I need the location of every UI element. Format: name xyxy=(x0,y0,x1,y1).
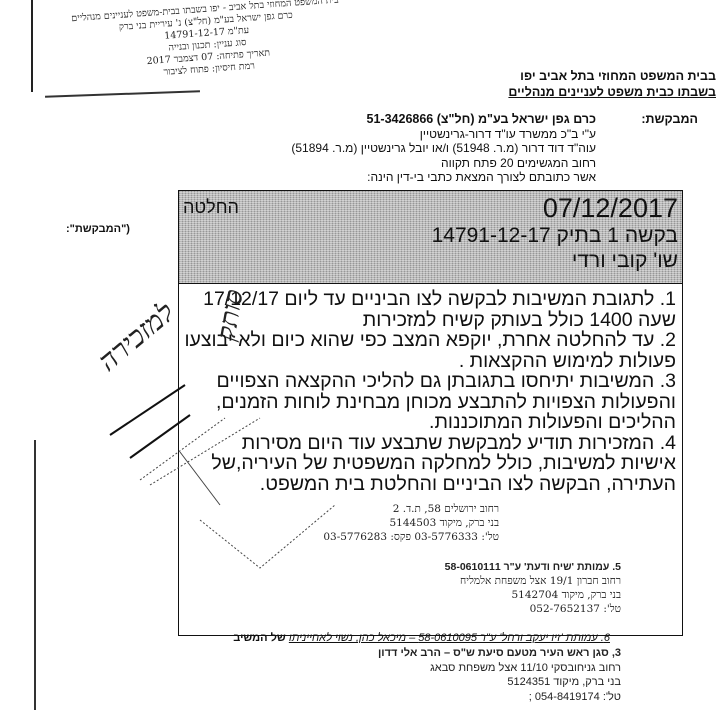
handwritten-strokes xyxy=(0,0,724,710)
